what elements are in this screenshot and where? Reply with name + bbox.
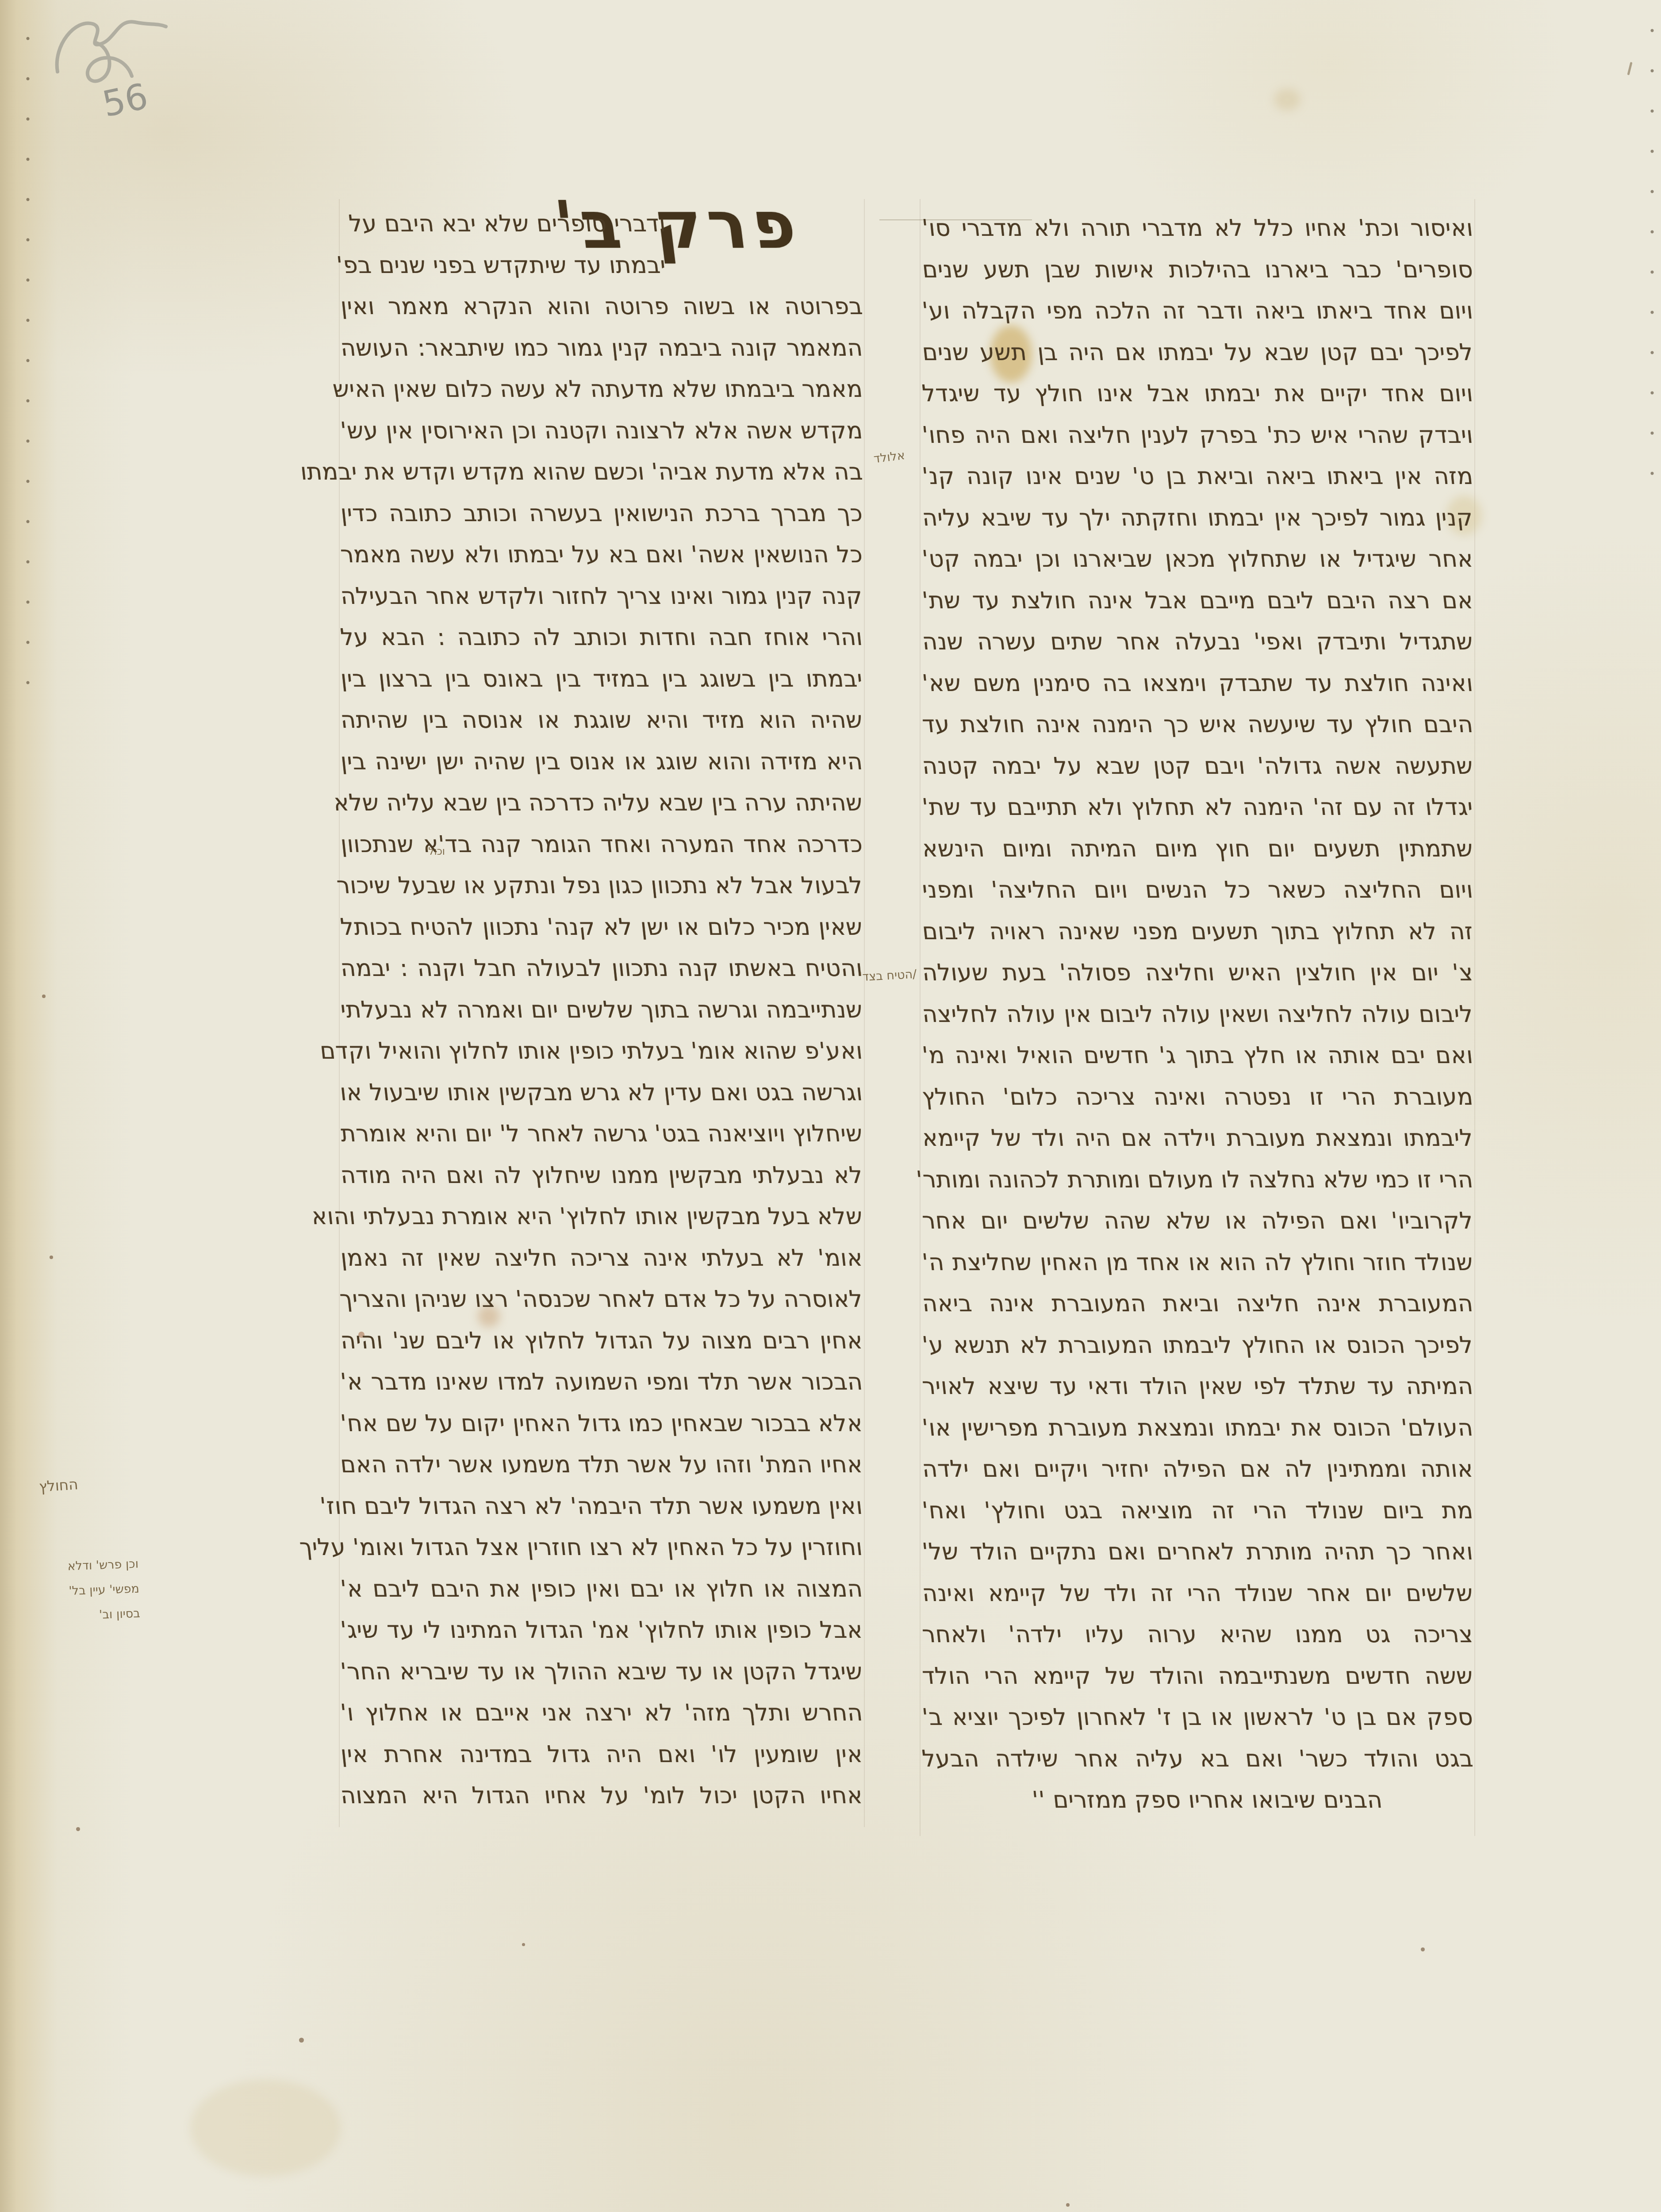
manuscript-line: ויום אחד ביאתו ביאה ודבר זה הלכה מפי הקב… xyxy=(920,291,1475,332)
margin-note-line: וכן פרש' ודלא xyxy=(25,1552,139,1581)
manuscript-line: ליבום עולה לחליצה ושאין עולה ליבום אין ע… xyxy=(920,994,1475,1036)
prick-marks-left xyxy=(22,35,34,690)
manuscript-line: שהיה הוא מזיד והיא שוגגת או אנוסה בין שה… xyxy=(338,700,865,741)
manuscript-line: מקדש אשה אלא לרצונה וקטנה וכן האירוסין א… xyxy=(338,411,865,452)
foxing-speck xyxy=(299,2038,304,2043)
margin-note-line: מפשי' עיין בל' xyxy=(26,1577,140,1605)
manuscript-line: היא מזידה והוא שוגג או אנוס בין שהיה ישן… xyxy=(338,741,865,783)
chapter-opening-lines: ודברי סופרים שלא יבא היבם עליבמתו עד שית… xyxy=(356,204,666,286)
manuscript-line: ואיסור וכת' אחיו כלל לא מדברי תורה ולא מ… xyxy=(920,208,1475,250)
manuscript-line: אם רצה היבם ליבם מייבם אבל אינה חולצת עד… xyxy=(920,580,1475,622)
manuscript-line: החרש ותלך מזה' לא ירצה אני אייבם או אחלו… xyxy=(338,1693,865,1734)
manuscript-line: והטיח באשתו קנה נתכוון לבעולה חבל וקנה :… xyxy=(338,948,865,990)
manuscript-line: ואחר כך תהיה מותרת לאחרים ואם נתקיים הול… xyxy=(920,1532,1475,1573)
manuscript-line: אומ' לא בעלתי אינה צריכה חליצה שאין זה נ… xyxy=(338,1238,865,1279)
foxing-speck xyxy=(522,1943,525,1946)
manuscript-line: ודברי סופרים שלא יבא היבם על xyxy=(354,204,668,245)
manuscript-line: הרי זו כמי שלא נחלצה לו מעולם ומותרת לכה… xyxy=(920,1160,1475,1201)
manuscript-line: שתגדיל ותיבדק ואפי' נבעלה אחר שתים עשרה … xyxy=(920,622,1475,663)
manuscript-line: אחיו המת' וזהו על אשר תלד משמעו אשר ילדה… xyxy=(338,1444,865,1486)
manuscript-line: שתעשה אשה גדולה' ויבם קטן שבא על יבמה קט… xyxy=(920,746,1475,787)
manuscript-line: יבמתו בין בשוגג בין במזיד בין באונס בין … xyxy=(338,659,865,700)
ruling-line-vertical xyxy=(864,199,865,1827)
manuscript-line: מזה אין ביאתו ביאה וביאת בן ט' שנים אינו… xyxy=(920,456,1475,498)
manuscript-line: לא נבעלתי מבקשין ממנו שיחלוץ לה ואם היה … xyxy=(338,1155,865,1197)
left-margin-note: וכן פרש' ודלאמפשי' עיין בל'בסיון וב' xyxy=(25,1552,141,1630)
manuscript-line: לבעול אבל לא נתכוון כגון נפל ונתקע או שב… xyxy=(338,865,865,907)
manuscript-line: ששה חדשים משנתייבמה והולד של קיימא הרי ה… xyxy=(920,1656,1475,1697)
manuscript-line: המעוברת אינה חליצה וביאת המעוברת אינה בי… xyxy=(920,1283,1475,1325)
manuscript-line: קנה קנין גמור ואינו צריך לחזור ולקדש אחר… xyxy=(338,576,865,618)
manuscript-line: לפיכך יבם קטן שבא על יבמתו אם היה בן תשע… xyxy=(920,332,1475,374)
manuscript-line: והרי אוחז חבה וחדות וכותב לה כתובה : הבא… xyxy=(338,617,865,659)
manuscript-line: שיחלוץ ויוציאנה בגט' גרשה לאחר ל' יום וה… xyxy=(338,1114,865,1155)
manuscript-line: בפרוטה או בשוה פרוטה והוא הנקרא מאמר ואי… xyxy=(338,286,865,328)
manuscript-line: לפיכך הכונס או החולץ ליבמתו המעוברת לא ת… xyxy=(920,1325,1475,1367)
text-column-right: ואיסור וכת' אחיו כלל לא מדברי תורה ולא מ… xyxy=(922,208,1473,1821)
chapter-body-lines: בפרוטה או בשוה פרוטה והוא הנקרא מאמר ואי… xyxy=(341,286,863,1817)
manuscript-line: בה אלא מדעת אביה' וכשם שהוא מקדש וקדש את… xyxy=(338,452,865,493)
manuscript-line: וגרשה בגט ואם עדין לא גרש מבקשין אותו שי… xyxy=(338,1072,865,1114)
ruling-line-vertical xyxy=(1474,199,1475,1836)
manuscript-line: שלשים יום אחר שנולד הרי זה ולד של קיימא … xyxy=(920,1573,1475,1615)
manuscript-line: ויבדק שהרי איש כת' בפרק לענין חליצה ואם … xyxy=(920,415,1475,457)
manuscript-line: מאמר ביבמתו שלא מדעתה לא עשה כלום שאין ה… xyxy=(338,369,865,411)
left-margin-word: החולץ xyxy=(38,1475,79,1495)
manuscript-line: שאין מכיר כלום או ישן לא קנה' נתכוון להט… xyxy=(338,907,865,949)
prick-marks-right xyxy=(1646,27,1658,496)
manuscript-line: שנתייבמה וגרשה בתוך שלשים יום ואמרה לא נ… xyxy=(338,990,865,1031)
manuscript-line: קנין גמור לפיכך אין יבמתו וחזקתה ילך עד … xyxy=(920,498,1475,539)
manuscript-line: שנולד חוזר וחולץ לה הוא או אחד מן האחין … xyxy=(920,1242,1475,1284)
manuscript-line: אחר שיגדיל או שתחלוץ מכאן שביארנו וכן יב… xyxy=(920,539,1475,580)
manuscript-line: המצוה או חלוץ או יבם ואין כופין את היבם … xyxy=(338,1569,865,1610)
text-column-left: פרק ב' ודברי סופרים שלא יבא היבם עליבמתו… xyxy=(341,204,863,1817)
manuscript-line: יגדלו זה עם זה' הימנה לא תחלוץ ולא תתייב… xyxy=(920,787,1475,829)
manuscript-line: צ' יום אין חולצין האיש וחליצה פסולה' בעת… xyxy=(920,952,1475,994)
foxing-speck xyxy=(76,1827,80,1831)
manuscript-line: כדרכה אחד המערה ואחד הגומר קנה בד'א שנתכ… xyxy=(338,824,865,866)
stain xyxy=(1274,88,1300,111)
manuscript-line: לקרוביו' ואם הפילה או שלא שהה שלשים יום … xyxy=(920,1201,1475,1242)
manuscript-line: זה לא תחלוץ בתוך תשעים מפני שאינה ראויה … xyxy=(920,911,1475,953)
manuscript-line: מת ביום שנולד הרי זה מוציאה בגט וחולץ' ו… xyxy=(920,1490,1475,1532)
manuscript-line: יבמתו עד שיתקדש בפני שנים בפ' xyxy=(354,245,668,287)
manuscript-line: ואינה חולצת עד שתבדק וימצאו בה סימנין מש… xyxy=(920,663,1475,705)
manuscript-line: מעוברת הרי זו נפטרה ואינה צריכה כלום' הח… xyxy=(920,1077,1475,1118)
manuscript-line: שלא בעל מבקשין אותו לחלוץ' היא אומרת נבע… xyxy=(338,1196,865,1238)
manuscript-line: בגט והולד כשר' ואם בא עליה אחר שילדה הבע… xyxy=(920,1739,1475,1780)
pen-tick-mark xyxy=(1627,62,1632,75)
manuscript-line: אלא בבכור שבאחין כמו גדול האחין יקום על … xyxy=(338,1403,865,1445)
manuscript-line: סופרים' כבר ביארנו בהילכות אישות שבן תשע… xyxy=(920,250,1475,291)
manuscript-line: אין שומעין לו' ואם היה גדול במדינה אחרת … xyxy=(338,1734,865,1776)
manuscript-line: אותה וממתינין לה אם הפילה יחזיר ויקיים ו… xyxy=(920,1449,1475,1490)
manuscript-line: אחין רבים מצוה על הגדול לחלוץ או ליבם שנ… xyxy=(338,1321,865,1362)
gutter-gloss-lower: /הטיח בצד' xyxy=(859,968,917,984)
manuscript-line: העולם' הכונס את יבמתו ונמצאת מעוברת מפרי… xyxy=(920,1408,1475,1449)
manuscript-line: צריכה גט ממנו שהיא ערוה עליו ילדה' ולאחר xyxy=(920,1614,1475,1656)
gutter-gloss-upper: אלולד xyxy=(873,449,905,466)
manuscript-page: 56 ואיסור וכת' אחיו כלל לא מדברי תורה ול… xyxy=(0,0,1661,2212)
ruling-line-vertical xyxy=(920,199,921,1836)
manuscript-line: ואע'פ שהוא אומ' בעלתי כופין אותו לחלוץ ו… xyxy=(338,1031,865,1072)
manuscript-line: המאמר קונה ביבמה קנין גמור כמו שיתבאר: ה… xyxy=(338,328,865,369)
manuscript-line: ליבמתו ונמצאת מעוברת וילדה אם היה ולד של… xyxy=(920,1118,1475,1160)
foxing-speck xyxy=(1066,2203,1070,2207)
manuscript-line: אבל כופין אותו לחלוץ' אמ' הגדול המתינו ל… xyxy=(338,1610,865,1651)
manuscript-line: שהיתה ערה בין שבא עליה כדרכה בין שבא עלי… xyxy=(338,783,865,824)
foxing-speck xyxy=(50,1256,53,1259)
manuscript-line: ואם יבם אותה או חלץ בתוך ג' חדשים הואיל … xyxy=(920,1035,1475,1077)
manuscript-line: לאוסרה על כל אדם לאחר שכנסה' רצו שניהן ו… xyxy=(338,1279,865,1321)
foxing-speck xyxy=(1421,1947,1425,1951)
manuscript-line: היבם חולץ עד שיעשה איש כך הימנה אינה חול… xyxy=(920,704,1475,746)
folio-number: 56 xyxy=(99,75,151,125)
manuscript-line: הבנים שיבואו אחריו ספק ממזרים '' xyxy=(920,1780,1475,1821)
pencil-flourish-mark xyxy=(44,5,173,94)
margin-note-line: בסיון וב' xyxy=(27,1601,141,1630)
manuscript-line: כך מברך ברכת הנישואין בעשרה וכותב כתובה … xyxy=(338,493,865,535)
manuscript-line: הבכור אשר תלד ומפי השמועה למדו שאינו מדב… xyxy=(338,1362,865,1403)
manuscript-line: שתמתין תשעים יום חוץ מיום המיתה ומיום הי… xyxy=(920,829,1475,870)
foxing-speck xyxy=(42,995,46,998)
stain xyxy=(190,2079,341,2177)
manuscript-line: ואין משמעו אשר תלד היבמה' לא רצה הגדול ל… xyxy=(338,1486,865,1528)
manuscript-line: ספק אם בן ט' לראשון או בן ז' לאחרון לפיכ… xyxy=(920,1697,1475,1739)
manuscript-line: שיגדל הקטן או עד שיבא ההולך או עד שיבריא… xyxy=(338,1651,865,1693)
manuscript-line: המיתה עד שתלד לפי שאין הולד ודאי עד שיצא… xyxy=(920,1366,1475,1408)
interlinear-gloss: וכול' xyxy=(426,846,445,857)
manuscript-line: וחוזרין על כל האחין לא רצו חוזרין אצל הג… xyxy=(338,1527,865,1569)
manuscript-line: אחיו הקטן יכול לומ' על אחיו הגדול היא המ… xyxy=(338,1775,865,1817)
manuscript-line: ויום החליצה כשאר כל הנשים ויום החליצה' ו… xyxy=(920,870,1475,911)
manuscript-line: ויום אחד יקיים את יבמתו אבל אינו חולץ עד… xyxy=(920,373,1475,415)
manuscript-line: כל הנושאין אשה' ואם בא על יבמתו ולא עשה … xyxy=(338,534,865,576)
